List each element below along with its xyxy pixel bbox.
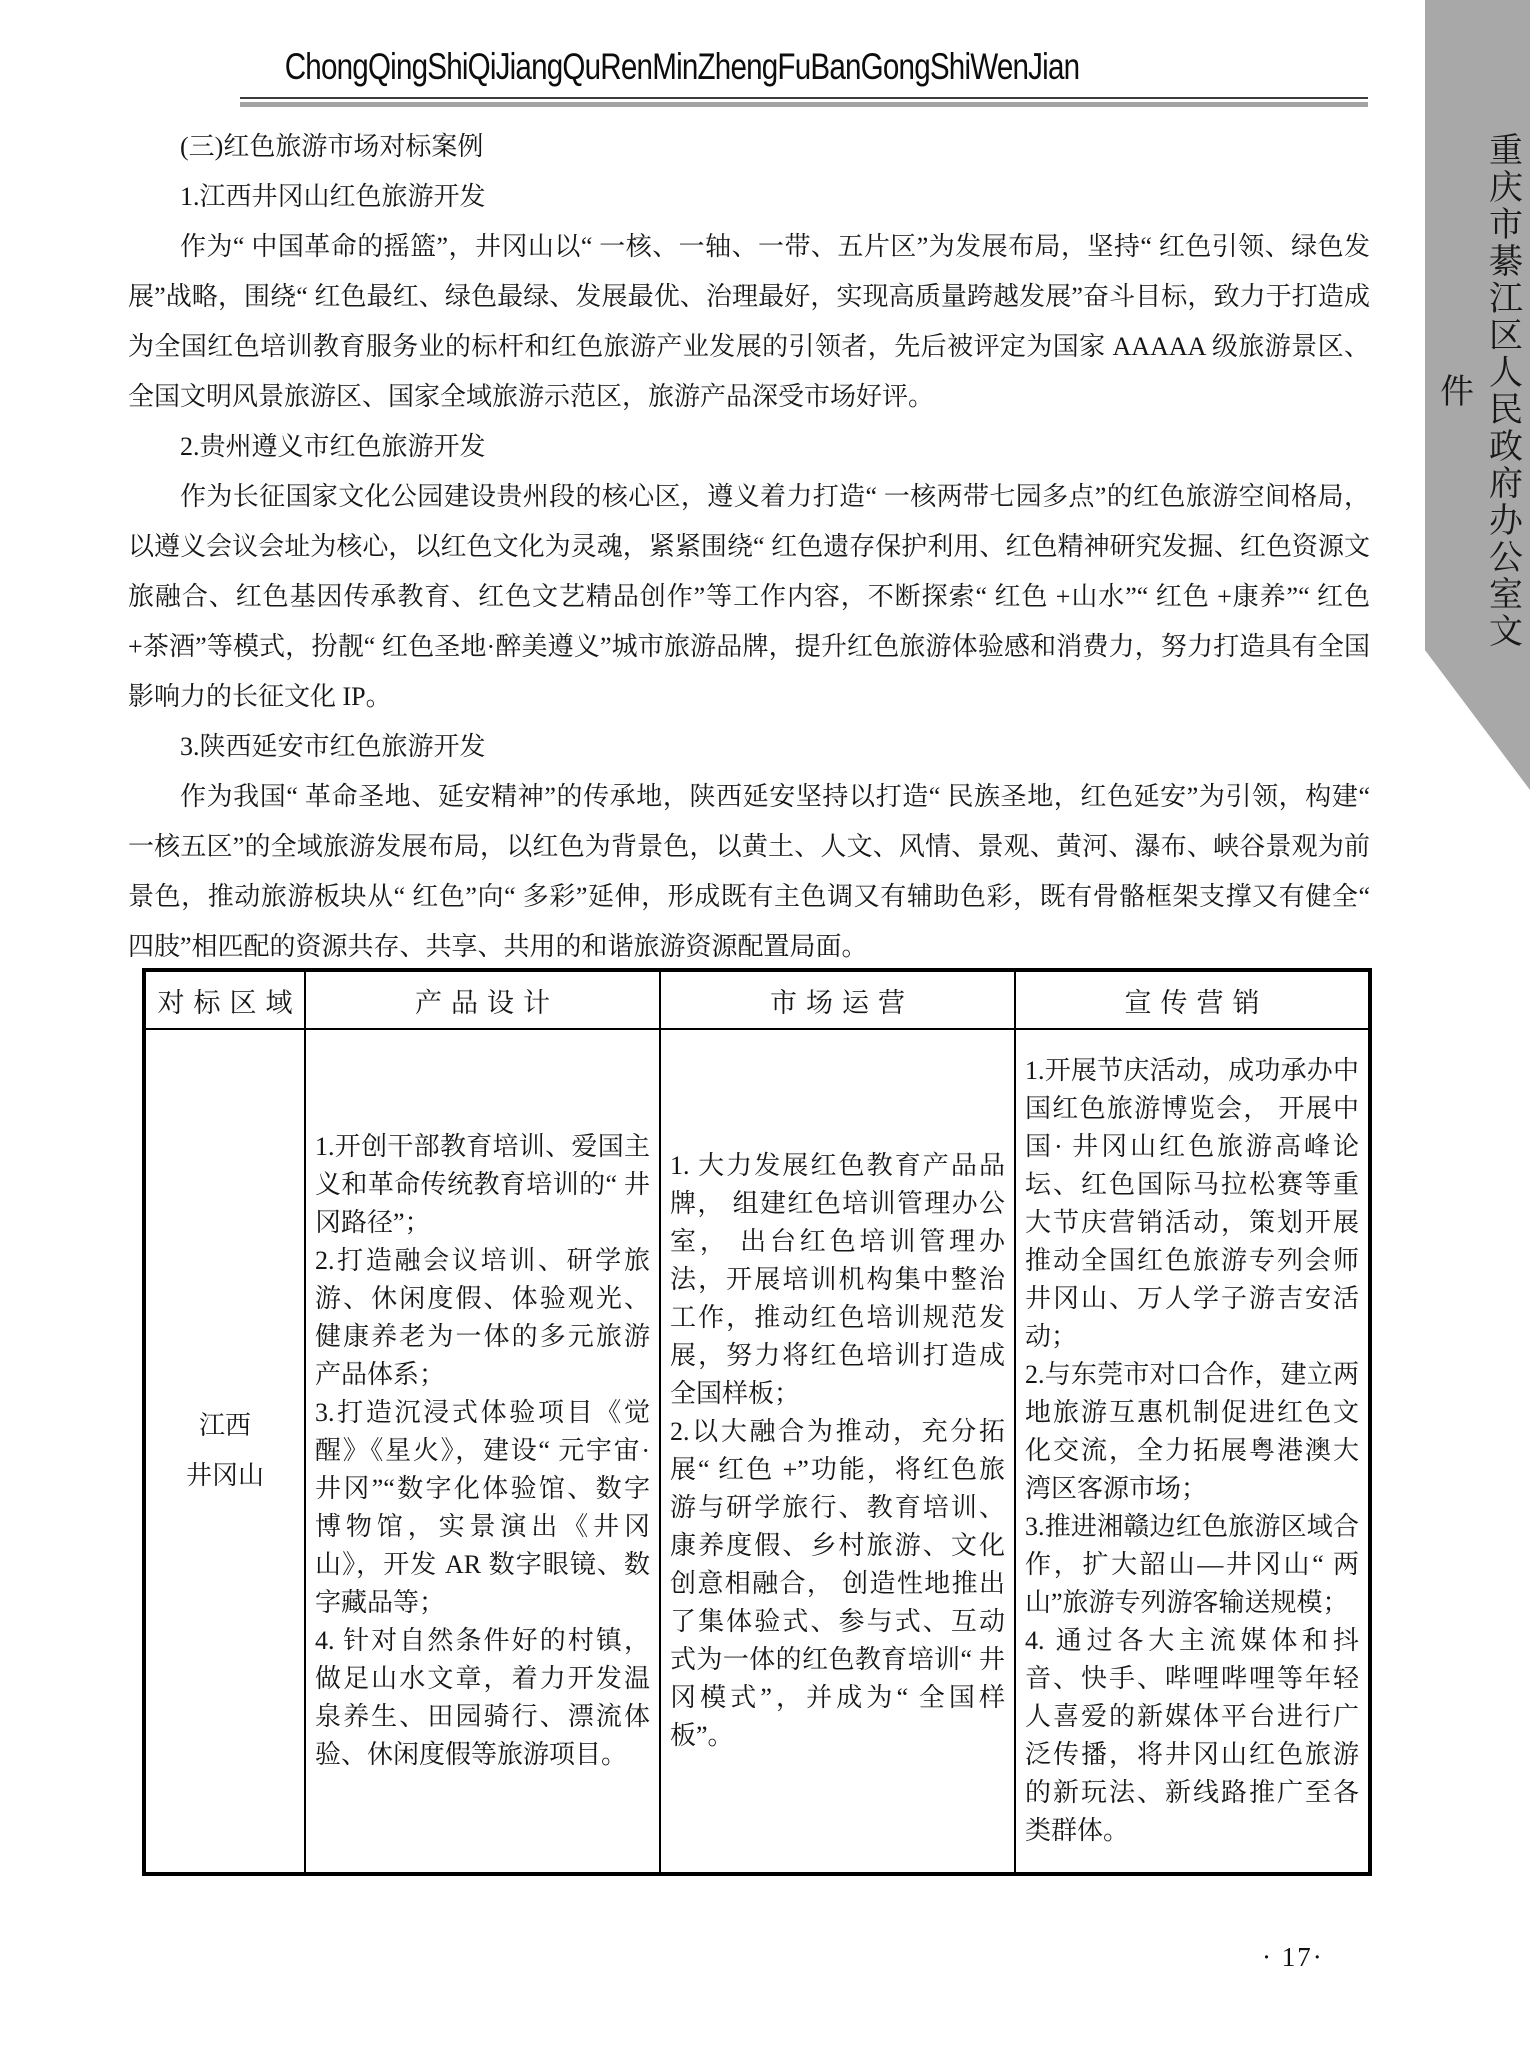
header-rule-thick [240,102,1368,107]
cell-item: 3.打造沉浸式体验项目《觉醒》《星火》，建设“ 元宇宙·井冈”“数字化体验馆、数… [315,1394,650,1622]
header-rule-thin [240,97,1368,99]
cell-item: 2.打造融会议培训、研学旅游、休闲度假、体验观光、健康养老为一体的多元旅游产品体… [315,1242,650,1394]
case-1-paragraph: 作为“ 中国革命的摇篮”，井冈山以“ 一核、一轴、一带、五片区”为发展布局，坚持… [128,222,1370,422]
side-banner-label: 重庆市綦江区人民政府办公室文件 [1429,126,1527,656]
table-header-market-operation: 市场运营 [660,970,1015,1029]
cell-item: 1.开展节庆活动，成功承办中国红色旅游博览会， 开展中国· 井冈山红色旅游高峰论… [1025,1052,1359,1356]
case-3-paragraph: 作为我国“ 革命圣地、延安精神”的传承地，陕西延安坚持以打造“ 民族圣地，红色延… [128,772,1370,972]
table-header-row: 对标区域 产品设计 市场运营 宣传营销 [144,970,1370,1029]
case-2-paragraph: 作为长征国家文化公园建设贵州段的核心区，遵义着力打造“ 一核两带七园多点”的红色… [128,472,1370,722]
cell-item: 4. 通过各大主流媒体和抖音、快手、哔哩哔哩等年轻人喜爱的新媒体平台进行广泛传播… [1025,1622,1359,1850]
case-1-title: 1.江西井冈山红色旅游开发 [128,172,1370,222]
cell-item: 2.以大融合为推动，充分拓展“ 红色 +”功能，将红色旅游与研学旅行、教育培训、… [670,1413,1005,1755]
table-header-product-design: 产品设计 [305,970,660,1029]
cell-item: 1. 大力发展红色教育产品品牌， 组建红色培训管理办公室， 出台红色培训管理办法… [670,1147,1005,1413]
region-line: 井冈山 [155,1451,295,1501]
table-cell-region: 江西 井冈山 [144,1029,305,1874]
table-cell-product-design: 1.开创干部教育培训、爱国主义和革命传统教育培训的“ 井冈路径”； 2.打造融会… [305,1029,660,1874]
region-line: 江西 [155,1401,295,1451]
document-page: ChongQingShiQiJiangQuRenMinZhengFuBanGon… [0,0,1530,2062]
page-number: · 17· [1262,1942,1324,1973]
side-banner-ribbon: 重庆市綦江区人民政府办公室文件 [1425,0,1530,790]
case-2-title: 2.贵州遵义市红色旅游开发 [128,422,1370,472]
benchmark-table: 对标区域 产品设计 市场运营 宣传营销 江西 井冈山 1.开创干部教育培训、爱国… [142,968,1372,1876]
document-content: (三)红色旅游市场对标案例 1.江西井冈山红色旅游开发 作为“ 中国革命的摇篮”… [128,122,1370,972]
cell-item: 2.与东莞市对口合作，建立两地旅游互惠机制促进红色文化交流，全力拓展粤港澳大湾区… [1025,1356,1359,1508]
side-banner-text: 重庆市綦江区人民政府办公室文件 [1425,126,1530,656]
table-row: 江西 井冈山 1.开创干部教育培训、爱国主义和革命传统教育培训的“ 井冈路径”；… [144,1029,1370,1874]
table-header-marketing: 宣传营销 [1015,970,1370,1029]
table-header-region: 对标区域 [144,970,305,1029]
page-header-title: ChongQingShiQiJiangQuRenMinZhengFuBanGon… [285,48,1080,86]
section-heading: (三)红色旅游市场对标案例 [128,122,1370,172]
cell-item: 1.开创干部教育培训、爱国主义和革命传统教育培训的“ 井冈路径”； [315,1128,650,1242]
table-cell-marketing: 1.开展节庆活动，成功承办中国红色旅游博览会， 开展中国· 井冈山红色旅游高峰论… [1015,1029,1370,1874]
cell-item: 3.推进湘赣边红色旅游区域合作，扩大韶山—井冈山“ 两山”旅游专列游客输送规模； [1025,1508,1359,1622]
cell-item: 4. 针对自然条件好的村镇，做足山水文章，着力开发温泉养生、田园骑行、漂流体验、… [315,1622,650,1774]
table-cell-market-operation: 1. 大力发展红色教育产品品牌， 组建红色培训管理办公室， 出台红色培训管理办法… [660,1029,1015,1874]
case-3-title: 3.陕西延安市红色旅游开发 [128,722,1370,772]
